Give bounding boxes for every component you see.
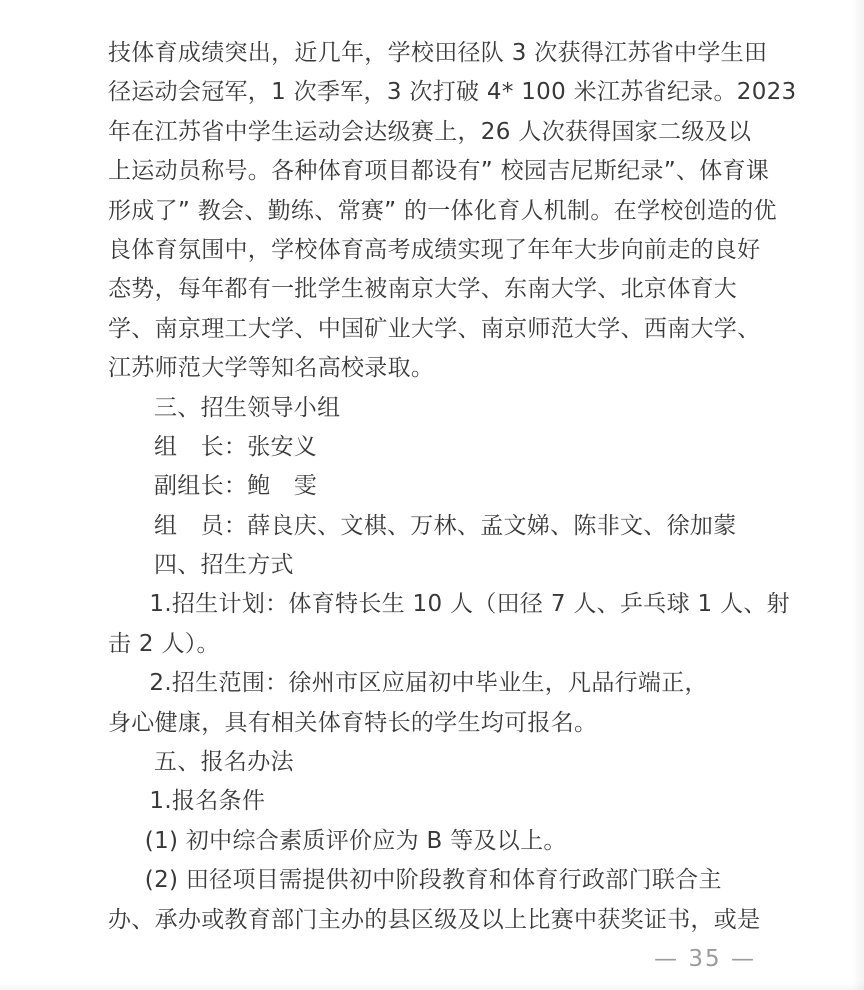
text-line: 五、报名办法 <box>108 743 758 782</box>
text-line: 江苏师范大学等知名高校录取。 <box>108 349 758 388</box>
text-line: 上运动员称号。各种体育项目都设有” 校园吉尼斯纪录”、体育课 <box>108 152 758 191</box>
text-line: 技体育成绩突出，近几年，学校田径队 3 次获得江苏省中学生田 <box>108 34 758 73</box>
text-line: 1.报名条件 <box>108 782 758 821</box>
text-line: 组 员：薛良庆、文棋、万林、孟文娣、陈非文、徐加蒙 <box>108 507 758 546</box>
text-line: (1) 初中综合素质评价应为 B 等及以上。 <box>108 822 758 861</box>
text-line: 态势，每年都有一批学生被南京大学、东南大学、北京体育大 <box>108 270 758 309</box>
text-line: 四、招生方式 <box>108 546 758 585</box>
document-lines: 技体育成绩突出，近几年，学校田径队 3 次获得江苏省中学生田径运动会冠军，1 次… <box>108 34 758 940</box>
text-line: 良体育氛围中，学校体育高考成绩实现了年年大步向前走的良好 <box>108 231 758 270</box>
text-line: 副组长：鲍 雯 <box>108 467 758 506</box>
text-line: 身心健康，具有相关体育特长的学生均可报名。 <box>108 704 758 743</box>
text-line: 击 2 人）。 <box>108 625 758 664</box>
text-line: 三、招生领导小组 <box>108 389 758 428</box>
text-line: 径运动会冠军，1 次季军，3 次打破 4* 100 米江苏省纪录。2023 <box>108 73 758 112</box>
text-line: (2) 田径项目需提供初中阶段教育和体育行政部门联合主 <box>108 861 758 900</box>
text-line: 1.招生计划：体育特长生 10 人（田径 7 人、乒乓球 1 人、射 <box>108 585 758 624</box>
document-page: 技体育成绩突出，近几年，学校田径队 3 次获得江苏省中学生田径运动会冠军，1 次… <box>0 0 864 990</box>
page-number: — 35 — <box>654 944 756 974</box>
text-line: 2.招生范围：徐州市区应届初中毕业生，凡品行端正， <box>108 664 758 703</box>
text-line: 办、承办或教育部门主办的县区级及以上比赛中获奖证书，或是 <box>108 901 758 940</box>
text-line: 年在江苏省中学生运动会达级赛上，26 人次获得国家二级及以 <box>108 113 758 152</box>
text-line: 形成了” 教会、勤练、常赛” 的一体化育人机制。在学校创造的优 <box>108 192 758 231</box>
text-line: 组 长：张安义 <box>108 428 758 467</box>
text-line: 学、南京理工大学、中国矿业大学、南京师范大学、西南大学、 <box>108 310 758 349</box>
